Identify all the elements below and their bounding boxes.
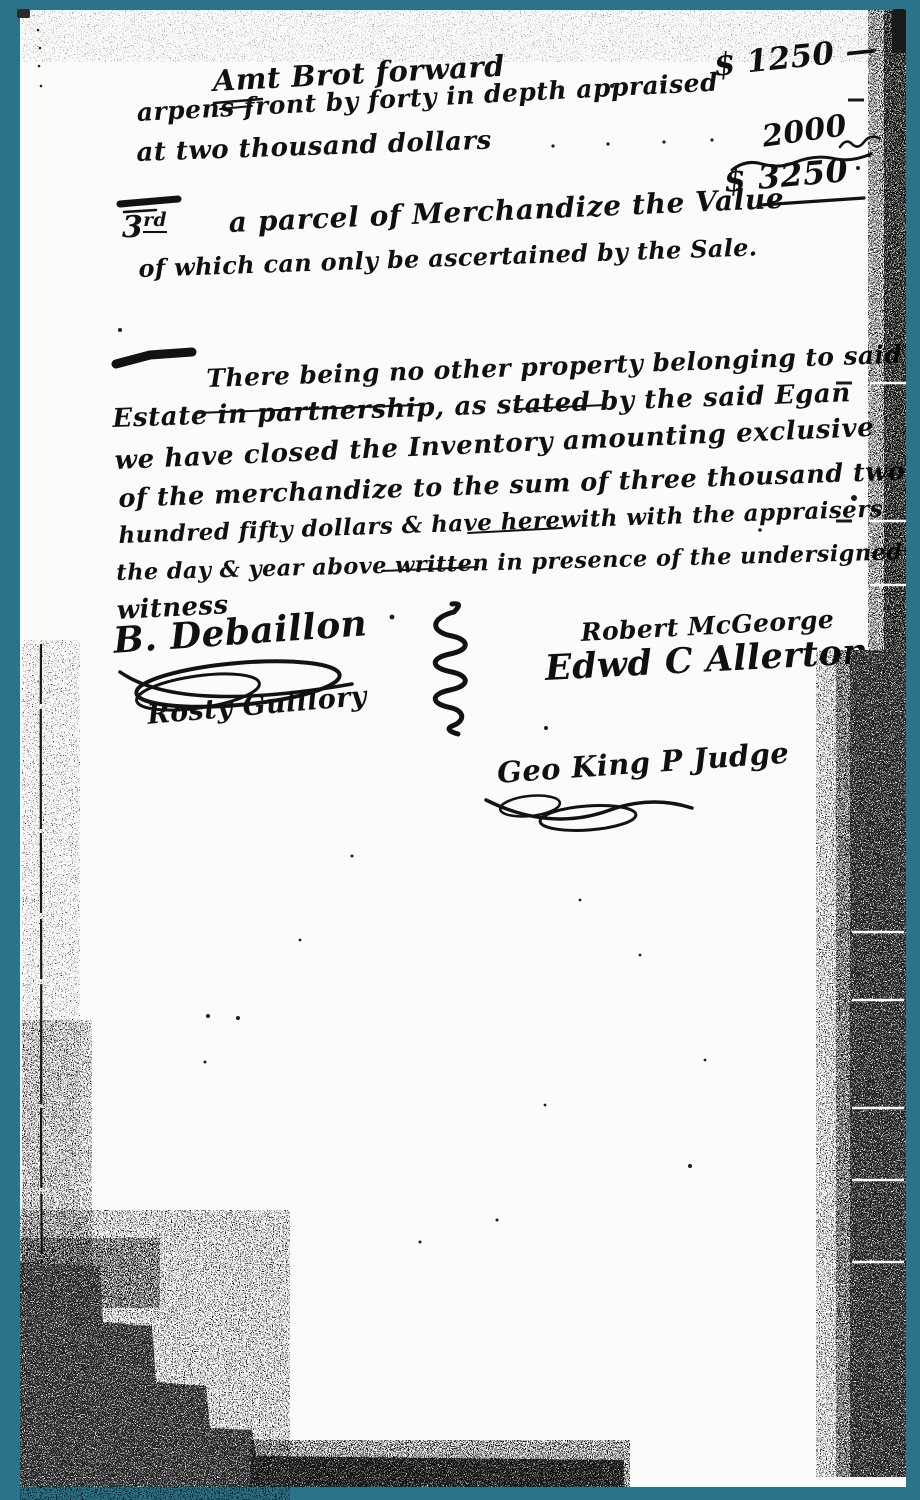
paper-page: [20, 10, 906, 1487]
scanned-document: Amt Brot forward $ 1250 — arpens front b…: [0, 0, 920, 1500]
